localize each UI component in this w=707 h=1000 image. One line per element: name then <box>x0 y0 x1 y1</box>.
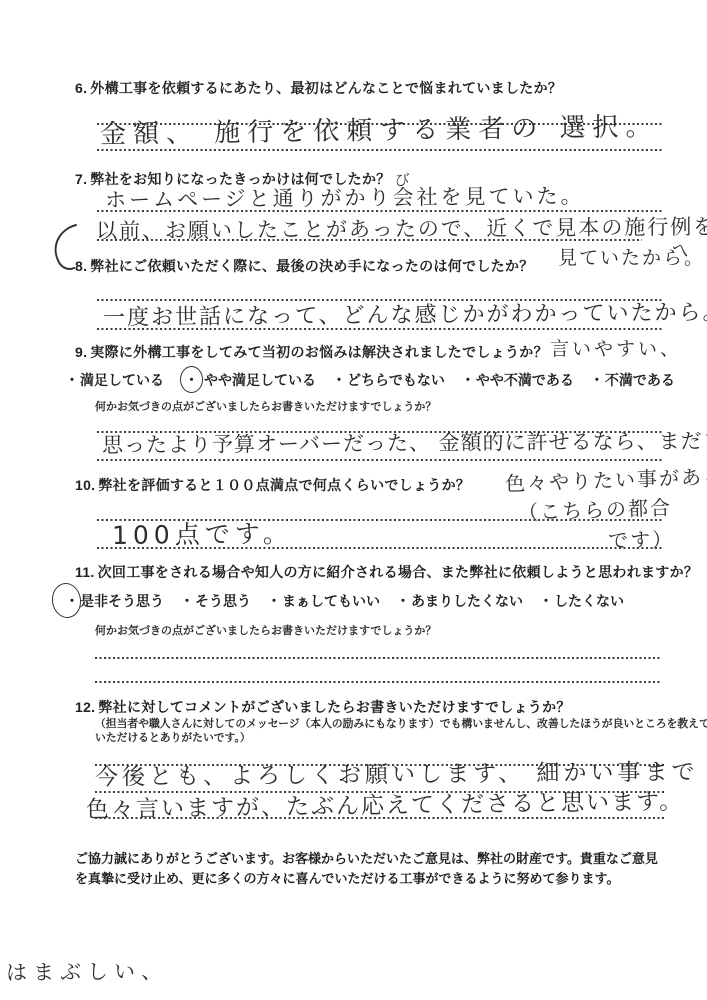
question-9-options: ・満足している ・やや満足している ・どちらでもない ・やや不満である ・不満で… <box>65 366 675 393</box>
question-10-number: 10. <box>75 477 95 493</box>
option-would-not: ・したくない <box>539 591 624 611</box>
answer-8-side-handwriting: 言いやすい、 <box>550 334 682 361</box>
answer-dotted-line <box>95 681 662 683</box>
option-maybe: ・まぁしてもいい <box>267 591 380 611</box>
question-11-text: 次回工事をされる場合や知人の方に紹介される場合、また弊社に依頼しようと思われます… <box>98 564 699 580</box>
answer-dotted-line <box>95 817 665 819</box>
question-11-options: ・是非そう思う ・そう思う ・まぁしてもいい ・あまりしたくない ・したくない <box>65 591 624 611</box>
question-11-number: 11. <box>75 564 95 580</box>
question-12-number: 12. <box>75 699 95 715</box>
option-rather-not: ・あまりしたくない <box>396 591 523 611</box>
option-think-so: ・そう思う <box>180 591 251 611</box>
answer-dotted-line <box>97 547 662 549</box>
answer-dotted-line <box>97 459 662 461</box>
question-11: 11.次回工事をされる場合や知人の方に紹介される場合、また弊社に依頼しようと思わ… <box>75 562 698 582</box>
question-11-subquestion: 何かお気づきの点がございましたらお書きいただけますでしょうか？ <box>95 622 436 638</box>
option-satisfied: ・満足している <box>65 370 164 390</box>
question-8-number: 8. <box>75 258 87 274</box>
option-neutral: ・どちらでもない <box>332 370 445 390</box>
scanned-survey-page: 6.外構工事を依頼するにあたり、最初はどんなことで悩まれていましたか？ 金額、 … <box>0 0 707 1000</box>
question-8: 8.弊社にご依頼いただく際に、最後の決め手になったのは何でしたか？ <box>75 256 534 276</box>
answer-8-handwriting: 一度お世話になって、どんな感じかがわかっていたから。 <box>103 295 707 331</box>
question-8-text: 弊社にご依頼いただく際に、最後の決め手になったのは何でしたか？ <box>90 258 533 274</box>
question-9-subquestion: 何かお気づきの点がございましたらお書きいただけますでしょうか？ <box>95 398 436 414</box>
handwritten-circle-mark: ・ <box>180 366 203 393</box>
option-definitely-circled: ・是非そう思う <box>65 591 164 611</box>
option-somewhat-dissatisfied: ・やや不満である <box>461 370 574 390</box>
option-somewhat-satisfied-circled: ・やや満足している <box>180 366 316 393</box>
question-10-text: 弊社を評価すると１００点満点で何点くらいでしょうか？ <box>98 477 470 493</box>
answer-6-handwriting: 金額、 施行を依頼する業者の 選択。 <box>100 106 659 151</box>
handwritten-paren-mark <box>46 222 78 270</box>
question-7-number: 7. <box>75 171 87 187</box>
answer-dotted-line <box>95 657 662 659</box>
answer-dotted-line <box>97 239 642 241</box>
question-12-note-line1: （担当者や職人さんに対してのメッセージ（本人の励みにもなります）でも構いませんし… <box>95 717 707 731</box>
question-9-number: 9. <box>75 344 87 360</box>
question-6: 6.外構工事を依頼するにあたり、最初はどんなことで悩まれていましたか？ <box>75 78 562 98</box>
question-10: 10.弊社を評価すると１００点満点で何点くらいでしょうか？ <box>75 475 470 495</box>
option-dissatisfied: ・不満である <box>590 370 675 390</box>
margin-note-handwriting: はまぶしい、 <box>6 955 168 986</box>
question-6-number: 6. <box>75 80 87 96</box>
answer-9-handwriting: 思ったより予算オーバーだった、 金額的に許せるなら、まだまだ <box>102 425 707 459</box>
side-note-handwriting-line1: 色々やりたい事がある <box>505 460 707 497</box>
answer-7-handwriting-line1: ホームページと通りがかり会社を見ていた。 <box>105 180 585 214</box>
question-6-text: 外構工事を依頼するにあたり、最初はどんなことで悩まれていましたか？ <box>90 80 562 96</box>
question-9: 9.実際に外構工事をしてみて当初のお悩みは解決されましたでしょうか？ <box>75 342 548 362</box>
question-12-text: 弊社に対してコメントがございましたらお書きいただけますでしょうか？ <box>98 699 570 715</box>
question-12-note-line2: いただけるとありがたいです。） <box>95 731 251 745</box>
footer-thankyou-text: ご協力誠にありがとうございます。お客様からいただいたご意見は、弊社の財産です。貴… <box>75 849 660 889</box>
answer-dotted-line <box>97 328 662 330</box>
question-12: 12.弊社に対してコメントがございましたらお書きいただけますでしょうか？ <box>75 697 571 717</box>
answer-dotted-line <box>97 149 662 151</box>
question-9-text: 実際に外構工事をしてみて当初のお悩みは解決されましたでしょうか？ <box>90 344 548 360</box>
